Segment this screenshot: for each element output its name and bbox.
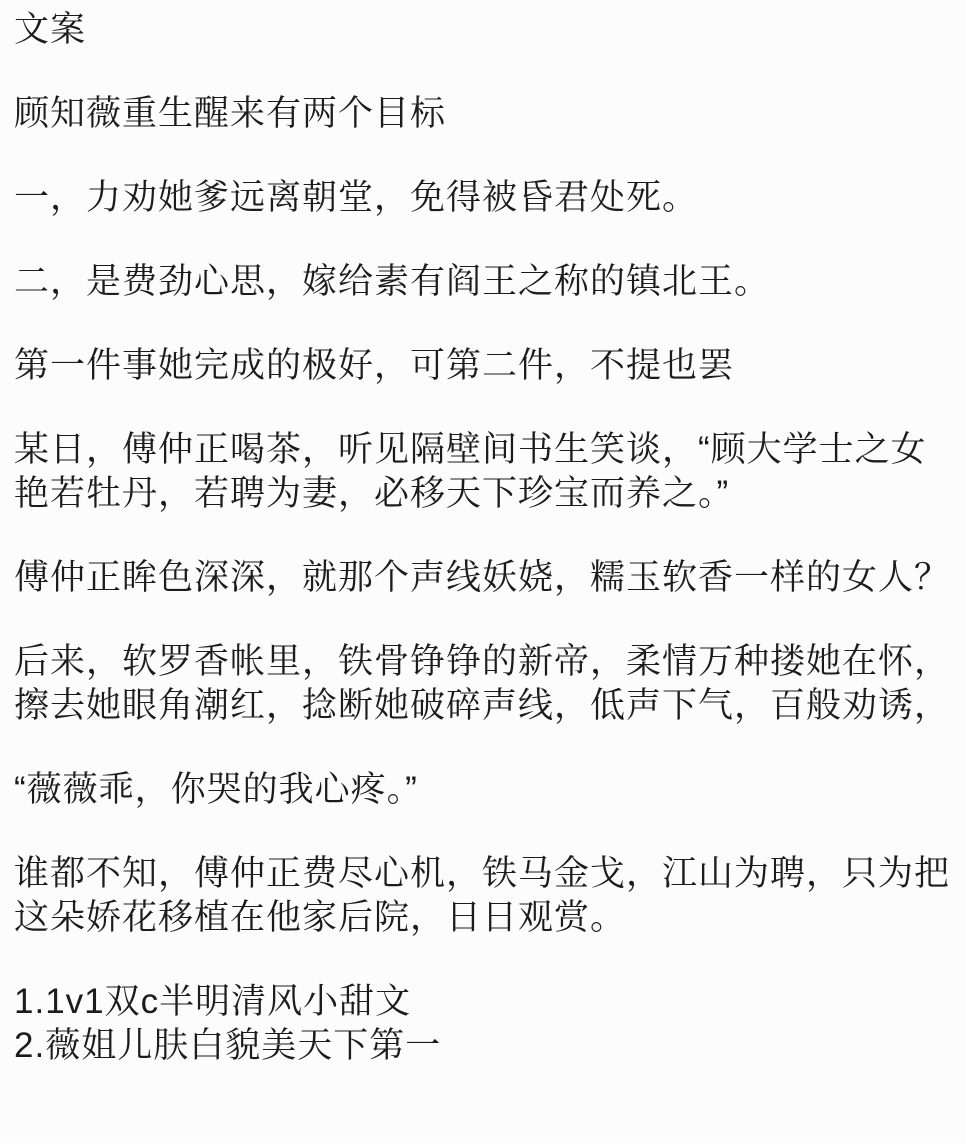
paragraph: 顾知薇重生醒来有两个目标: [14, 92, 954, 136]
paragraph: 傅仲正眸色深深，就那个声线妖娆，糯玉软香一样的女人？: [14, 556, 954, 600]
paragraph: 后来，软罗香帐里，铁骨铮铮的新帝，柔情万种搂她在怀，擦去她眼角潮红，捻断她破碎声…: [14, 640, 954, 728]
paragraph: 第一件事她完成的极好，可第二件，不提也罢: [14, 344, 954, 388]
synopsis-document: 文案 顾知薇重生醒来有两个目标 一，力劝她爹远离朝堂，免得被昏君处死。 二，是费…: [0, 0, 966, 1143]
paragraph: 一，力劝她爹远离朝堂，免得被昏君处死。: [14, 176, 954, 220]
paragraph: “薇薇乖，你哭的我心疼。”: [14, 768, 954, 812]
paragraph: 二，是费劲心思，嫁给素有阎王之称的镇北王。: [14, 260, 954, 304]
note-line: 1.1v1双c半明清风小甜文: [14, 980, 954, 1024]
paragraph: 谁都不知，傅仲正费尽心机，铁马金戈，江山为聘，只为把这朵娇花移植在他家后院，日日…: [14, 852, 954, 940]
paragraph: 某日，傅仲正喝茶，听见隔壁间书生笑谈，“顾大学士之女艳若牡丹，若聘为妻，必移天下…: [14, 428, 954, 516]
document-heading: 文案: [14, 8, 954, 52]
note-line: 2.薇姐儿肤白貌美天下第一: [14, 1024, 954, 1068]
